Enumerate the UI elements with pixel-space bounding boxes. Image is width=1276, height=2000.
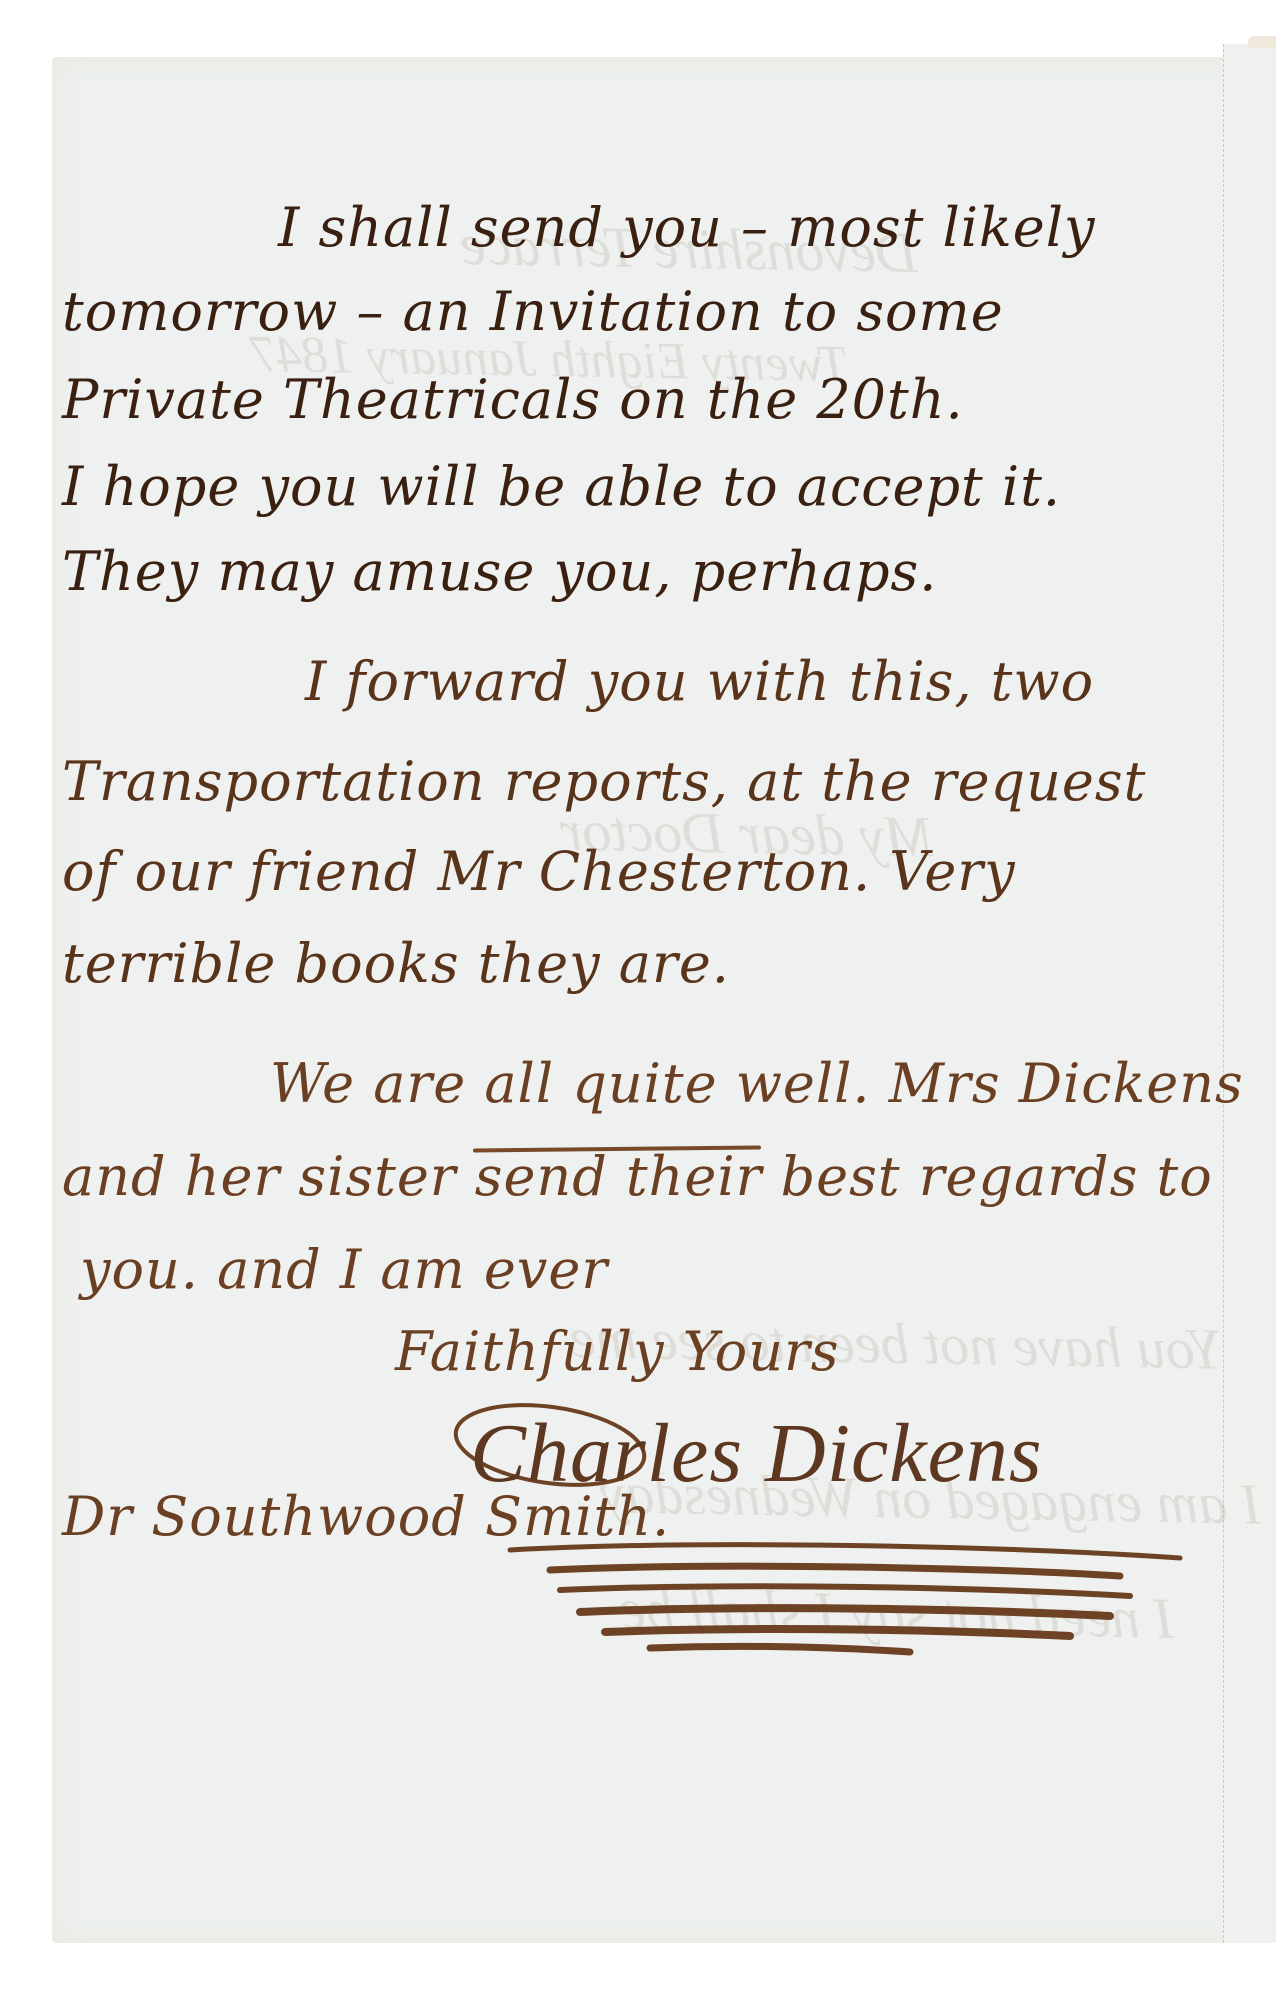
torn-corner — [1248, 36, 1276, 48]
letter-line: They may amuse you, perhaps. — [62, 540, 937, 603]
letter-line: tomorrow – an Invitation to some — [62, 280, 1004, 343]
closing: Faithfully Yours — [395, 1320, 840, 1383]
letter-line: I shall send you – most likely — [278, 196, 1095, 259]
letter-line: We are all quite well. Mrs Dickens — [270, 1052, 1244, 1115]
letter-line: and her sister send their best regards t… — [62, 1145, 1213, 1208]
folded-verso-sheet — [1223, 44, 1276, 1943]
letter-line: Transportation reports, at the request — [62, 750, 1146, 813]
letter-line: Private Theatricals on the 20th. — [62, 368, 964, 431]
addressee: Dr Southwood Smith. — [62, 1485, 670, 1548]
letter-line: terrible books they are. — [62, 932, 730, 995]
letter-line: I hope you will be able to accept it. — [62, 455, 1061, 518]
letter-line: of our friend Mr Chesterton. Very — [62, 840, 1016, 903]
letter-line: I forward you with this, two — [305, 650, 1094, 713]
letter-line: you. and I am ever — [80, 1238, 608, 1301]
